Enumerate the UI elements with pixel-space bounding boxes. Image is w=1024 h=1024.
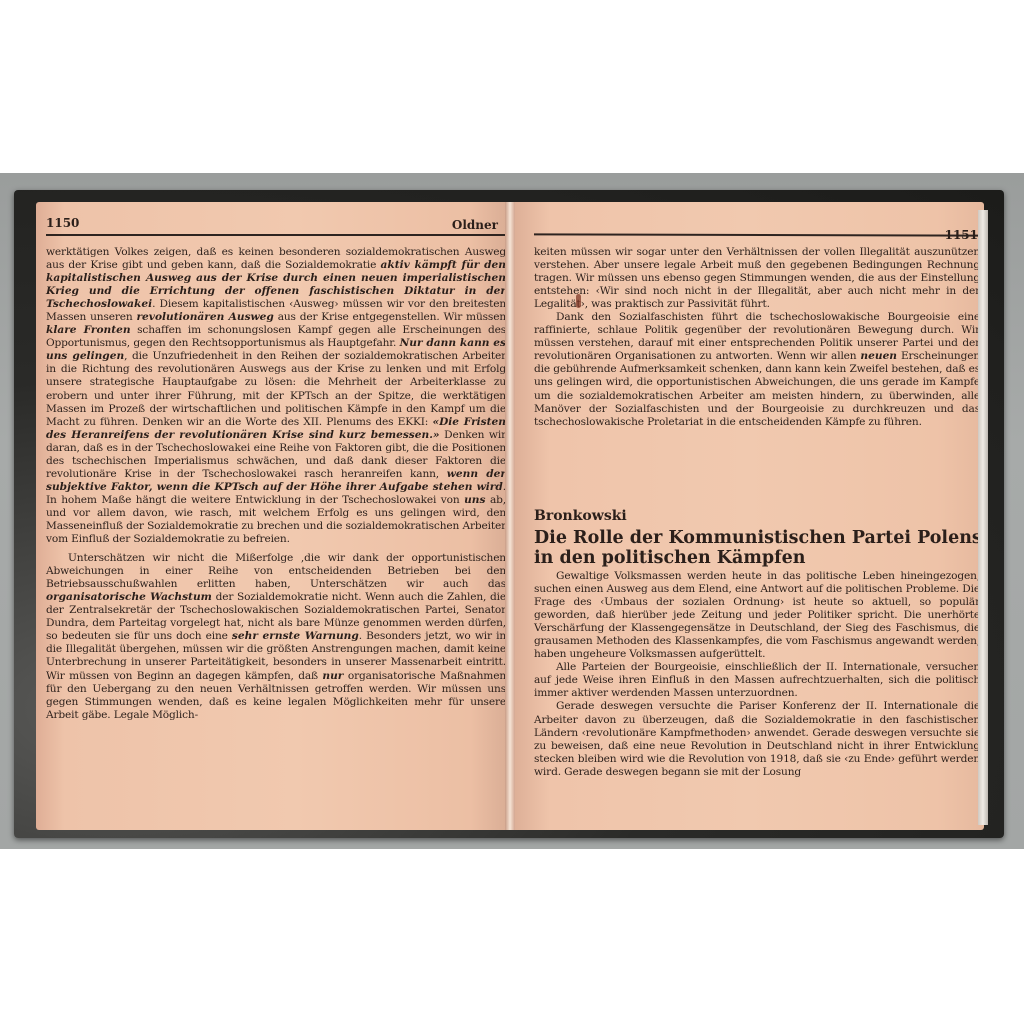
text-run: keiten müssen wir sogar unter den Verhäl… — [534, 246, 980, 310]
right-page-body: keiten müssen wir sogar unter den Verhäl… — [534, 246, 980, 429]
emphasized-text: uns — [464, 494, 485, 506]
emphasized-text: organisatorische Wachstum — [46, 591, 212, 603]
article-title: Die Rolle der Kommunistischen Partei Pol… — [534, 528, 982, 568]
article-author: Bronkowski — [534, 508, 627, 524]
left-page-body: werktätigen Volkes zeigen, daß es keinen… — [46, 246, 506, 722]
header-rule-left — [46, 234, 506, 236]
text-run: Gewaltige Volksmassen werden heute in da… — [534, 570, 980, 660]
text-run: Gerade deswegen versuchte die Pariser Ko… — [534, 700, 980, 777]
running-head-author: Oldner — [452, 218, 498, 232]
paragraph: Gewaltige Volksmassen werden heute in da… — [534, 570, 980, 661]
paragraph: Alle Parteien der Bourgeoisie, einschlie… — [534, 661, 980, 700]
emphasized-text: neuen — [860, 350, 897, 362]
emphasized-text: klare Fronten — [46, 324, 131, 336]
text-run: Alle Parteien der Bourgeoisie, einschlie… — [534, 661, 980, 699]
paper-stain — [576, 294, 581, 308]
text-run: Unterschätzen wir nicht die Mißerfolge ,… — [46, 552, 506, 590]
paragraph: Dank den Sozialfaschisten führt die tsch… — [534, 311, 980, 428]
paragraph: werktätigen Volkes zeigen, daß es keinen… — [46, 246, 506, 546]
article-body: Gewaltige Volksmassen werden heute in da… — [534, 570, 980, 779]
emphasized-text: revolutionären Ausweg — [136, 311, 273, 323]
header-rule-right — [534, 233, 980, 236]
text-run: aus der Krise entgegenstellen. Wir müsse… — [274, 311, 506, 323]
article-title-line-2: in den politischen Kämpfen — [534, 548, 982, 568]
page-number-left: 1150 — [46, 216, 79, 230]
page-edges — [978, 210, 988, 825]
paragraph: Gerade deswegen versuchte die Pariser Ko… — [534, 700, 980, 778]
article-title-line-1: Die Rolle der Kommunistischen Partei Pol… — [534, 528, 982, 548]
book-gutter — [505, 202, 515, 830]
left-page: 1150 Oldner werktätigen Volkes zeigen, d… — [36, 202, 508, 830]
right-page: 1151 keiten müssen wir sogar unter den V… — [512, 202, 984, 830]
paragraph: keiten müssen wir sogar unter den Verhäl… — [534, 246, 980, 311]
paragraph: Unterschätzen wir nicht die Mißerfolge ,… — [46, 552, 506, 722]
emphasized-text: nur — [322, 670, 343, 682]
page-number-right: 1151 — [945, 228, 978, 242]
emphasized-text: sehr ernste Warnung — [232, 630, 359, 642]
